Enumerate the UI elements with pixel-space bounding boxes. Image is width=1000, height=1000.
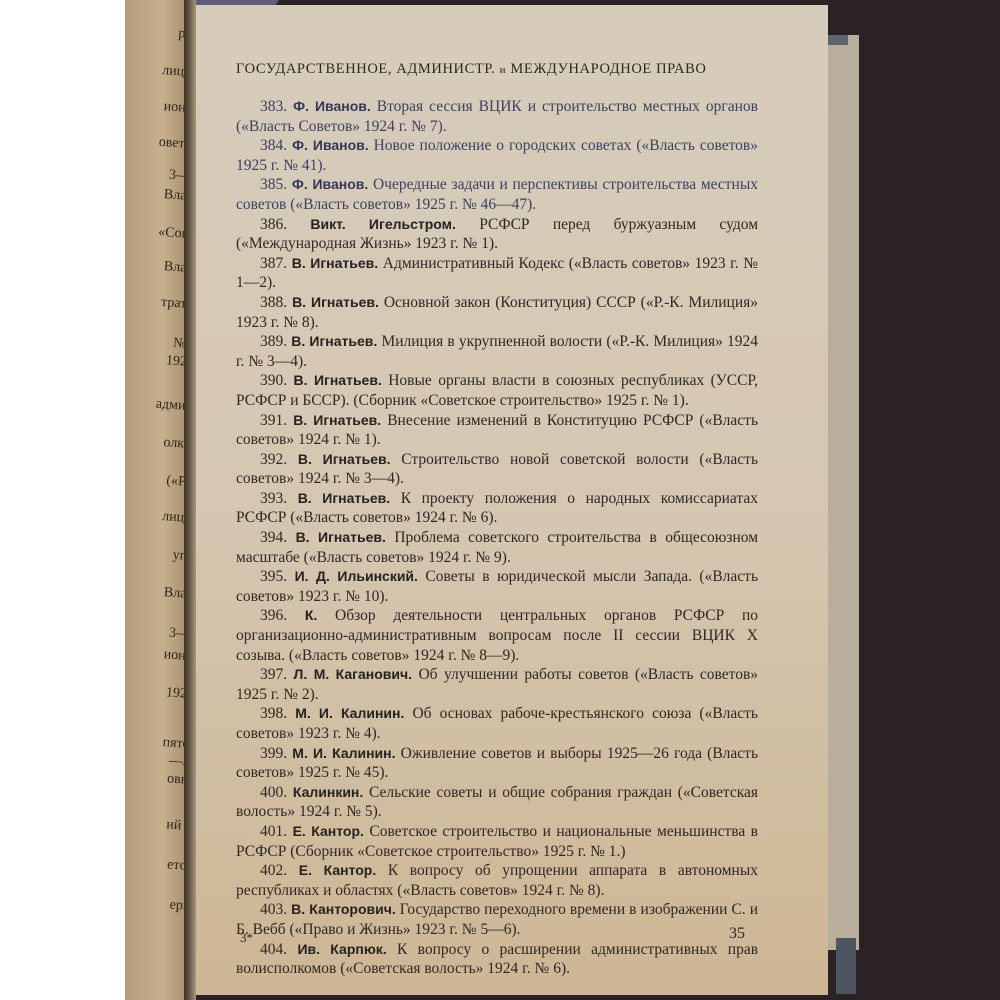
left-page-text-fragment: Власть xyxy=(125,184,187,206)
entry-number: 385. xyxy=(260,176,287,193)
bibliography-entry: 392. В. Игнатьев. Строительство новой со… xyxy=(236,450,758,489)
signature-mark: 3* xyxy=(240,930,253,946)
entry-number: 392. xyxy=(260,451,287,468)
entry-author: В. Игнатьев. xyxy=(294,372,382,388)
entry-author: Л. М. Каганович. xyxy=(294,666,413,682)
entry-author: Калинкин. xyxy=(293,784,363,800)
entry-author: В. Игнатьев. xyxy=(296,529,386,545)
entry-author: Ф. Иванов. xyxy=(293,98,371,114)
bibliography-entry: 387. В. Игнатьев. Административный Кодек… xyxy=(236,254,758,293)
entry-number: 387. xyxy=(260,255,287,272)
entry-number: 390. xyxy=(260,372,287,389)
entry-number: 389. xyxy=(260,333,287,350)
entry-number: 388. xyxy=(260,294,287,311)
left-page-text-fragment: «Совет- xyxy=(125,222,187,244)
bibliography-entry: 399. М. И. Калинин. Оживление советов и … xyxy=(236,744,758,783)
book-gutter xyxy=(184,0,196,1000)
bibliography-entry: 390. В. Игнатьев. Новые органы власти в … xyxy=(236,371,758,410)
left-page-text-fragment: ионера xyxy=(125,96,187,118)
entry-number: 400. xyxy=(260,784,287,801)
entry-number: 398. xyxy=(260,705,287,722)
entry-author: В. Игнатьев. xyxy=(293,412,381,428)
bibliography-entry: 388. В. Игнатьев. Основной закон (Консти… xyxy=(236,293,758,332)
page-number: 35 xyxy=(729,925,745,943)
bibliography-entry: 383. Ф. Иванов. Вторая сессия ВЦИК и стр… xyxy=(236,97,758,136)
left-page-text-fragment: ионера xyxy=(125,644,187,666)
running-header-conj: и xyxy=(500,64,507,76)
entry-number: 395. xyxy=(260,568,287,585)
left-page-edge: раволиция»ионераоветов»3—4).Власть«Совет… xyxy=(125,0,187,1000)
bibliography-entry: 393. В. Игнатьев. К проекту положения о … xyxy=(236,489,758,528)
bibliography-entry: 384. Ф. Иванов. Новое положение о городс… xyxy=(236,136,758,175)
entry-number: 393. xyxy=(260,490,287,507)
entry-author: В. Игнатьев. xyxy=(292,255,378,271)
entry-author: В. Игнатьев. xyxy=(291,333,377,349)
left-page-text-fragment: Власть xyxy=(125,582,187,604)
bibliography-entry: 404. Ив. Карпюк. К вопросу о расширении … xyxy=(236,940,758,979)
bibliography-entry: 403. В. Канторович. Государство переходн… xyxy=(236,900,758,939)
bibliography-entry: 396. К. Обзор деятельности центральных о… xyxy=(236,606,758,665)
left-page-text-fragment: лиция» xyxy=(125,60,187,82)
bibliography-entry: 401. Е. Кантор. Советское строительство … xyxy=(236,822,758,861)
bibliography-entry: 386. Викт. Игельстром. РСФСР перед буржу… xyxy=(236,215,758,254)
left-page-text-fragment: Власть xyxy=(125,256,187,278)
bibliography-entry: 402. Е. Кантор. К вопросу об упрощении а… xyxy=(236,861,758,900)
entry-number: 383. xyxy=(260,98,287,115)
running-header-tail: МЕЖДУНАРОДНОЕ ПРАВО xyxy=(510,61,706,77)
bibliography-list: 383. Ф. Иванов. Вторая сессия ВЦИК и стр… xyxy=(236,97,758,979)
bibliography-entry: 397. Л. М. Каганович. Об улучшении работ… xyxy=(236,665,758,704)
entry-number: 404. xyxy=(260,941,287,958)
left-page-text-fragment: 1923 г. xyxy=(125,350,187,372)
running-header: ГОСУДАРСТВЕННОЕ, АДМИНИСТР. и МЕЖДУНАРОД… xyxy=(236,61,756,78)
entry-author: К. xyxy=(305,607,317,623)
book-spine-bottom xyxy=(836,938,856,994)
entry-number: 402. xyxy=(260,862,287,879)
entry-number: 391. xyxy=(260,412,287,429)
entry-number: 401. xyxy=(260,823,287,840)
bibliography-entry: 394. В. Игнатьев. Проблема советского ст… xyxy=(236,528,758,567)
left-page-text-fragment: упра- xyxy=(125,544,187,566)
bibliography-entry: 389. В. Игнатьев. Милиция в укрупненной … xyxy=(236,332,758,371)
entry-author: М. И. Калинин. xyxy=(295,705,404,721)
entry-author: В. Игнатьев. xyxy=(292,294,379,310)
entry-author: В. Канторович. xyxy=(291,901,396,917)
entry-author: Ф. Иванов. xyxy=(292,176,368,192)
entry-author: Викт. Игельстром. xyxy=(310,216,456,232)
entry-number: 396. xyxy=(260,607,287,624)
left-page-text-fragment: ервые xyxy=(125,894,187,916)
left-page-text-fragment: 3—4). xyxy=(125,164,187,186)
left-page-text-fragment: 3—4). xyxy=(125,622,187,644)
bibliography-entry: 391. В. Игнатьев. Внесение изменений в К… xyxy=(236,411,758,450)
left-page-text-fragment: тратив- xyxy=(125,292,187,314)
entry-number: 397. xyxy=(260,666,287,683)
entry-number: 399. xyxy=(260,745,287,762)
bibliography-entry: 395. И. Д. Ильинский. Советы в юридическ… xyxy=(236,567,758,606)
left-page-text-fragment: 1923 г. xyxy=(125,682,187,704)
entry-author: М. И. Калинин. xyxy=(292,745,395,761)
entry-author: В. Игнатьев. xyxy=(298,490,390,506)
left-page-text-fragment: админи- xyxy=(125,394,187,416)
left-page-text-fragment: оветов» xyxy=(125,132,187,154)
entry-author: Ив. Карпюк. xyxy=(297,941,386,957)
left-page-text-fragment: овный xyxy=(125,768,187,790)
bibliography-entry: 385. Ф. Иванов. Очередные задачи и персп… xyxy=(236,175,758,214)
entry-author: Е. Кантор. xyxy=(293,823,364,839)
left-page-text-fragment: раво xyxy=(125,22,187,44)
bibliography-entry: 398. М. И. Калинин. Об основах рабоче-кр… xyxy=(236,704,758,743)
bibliography-entry: 400. Калинкин. Сельские советы и общие с… xyxy=(236,783,758,822)
left-page-text-fragment: етская xyxy=(125,854,187,876)
entry-number: 403. xyxy=(260,901,287,918)
entry-number: 386. xyxy=(260,216,287,233)
left-page-text-fragment: («Р.-К. xyxy=(125,470,187,492)
left-page-text-fragment: лиция» xyxy=(125,506,187,528)
entry-author: И. Д. Ильинский. xyxy=(295,568,418,584)
running-header-main: ГОСУДАРСТВЕННОЕ, АДМИНИСТР. xyxy=(236,61,495,77)
entry-author: Ф. Иванов. xyxy=(292,137,369,153)
entry-author: Е. Кантор. xyxy=(299,862,376,878)
left-page-text-fragment: ий Ве- xyxy=(125,814,187,836)
entry-number: 384. xyxy=(260,137,287,154)
book-page: ГОСУДАРСТВЕННОЕ, АДМИНИСТР. и МЕЖДУНАРОД… xyxy=(196,5,828,995)
entry-author: В. Игнатьев. xyxy=(298,451,391,467)
left-page-text-fragment: олкома xyxy=(125,432,187,454)
entry-number: 394. xyxy=(260,529,287,546)
